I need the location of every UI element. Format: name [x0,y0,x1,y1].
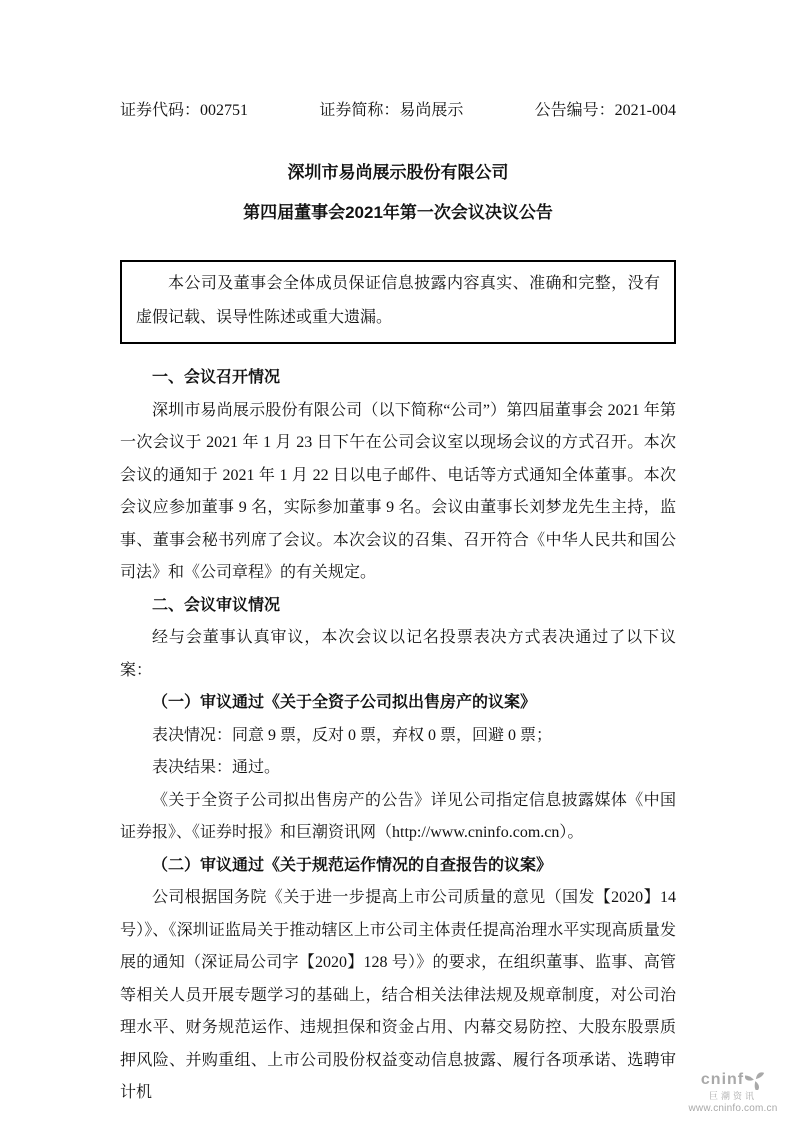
paragraph-vote-count: 表决情况：同意 9 票，反对 0 票，弃权 0 票，回避 0 票； [120,720,676,753]
cninfo-logo-row: cninf [678,1070,788,1090]
resolution-heading-2: （二）审议通过《关于规范运作情况的自查报告的议案》 [120,850,676,883]
paragraph-review-intro: 经与会董事认真审议，本次会议以记名投票表决方式表决通过了以下议案： [120,622,676,687]
announcement-no-label: 公告编号：2021-004 [535,100,676,122]
page-content: 证券代码：002751 证券简称：易尚展示 公告编号：2021-004 深圳市易… [120,0,676,1110]
paragraph-disclosure-media: 《关于全资子公司拟出售房产的公告》详见公司指定信息披露媒体《中国证券报》、《证券… [120,785,676,850]
document-body: 一、会议召开情况 深圳市易尚展示股份有限公司（以下简称“公司”）第四届董事会 2… [120,362,676,1110]
company-title: 深圳市易尚展示股份有限公司 [120,162,676,184]
cninfo-swirl-icon [745,1070,765,1090]
stock-abbr-label: 证券简称：易尚展示 [319,100,463,122]
document-header: 证券代码：002751 证券简称：易尚展示 公告编号：2021-004 [120,100,676,122]
paragraph-meeting-details: 深圳市易尚展示股份有限公司（以下简称“公司”）第四届董事会 2021 年第一次会… [120,395,676,590]
announcement-page: 证券代码：002751 证券简称：易尚展示 公告编号：2021-004 深圳市易… [0,0,794,1123]
section-heading-1: 一、会议召开情况 [120,362,676,395]
cninfo-url: www.cninfo.com.cn [678,1103,788,1115]
resolution-heading-1: （一）审议通过《关于全资子公司拟出售房产的议案》 [120,687,676,720]
stock-code-label: 证券代码：002751 [120,100,248,122]
cninfo-watermark: cninf 巨潮资讯 www.cninfo.com.cn [678,1070,788,1115]
section-heading-2: 二、会议审议情况 [120,590,676,623]
paragraph-self-inspection: 公司根据国务院《关于进一步提高上市公司质量的意见（国发【2020】14 号）》、… [120,882,676,1110]
paragraph-vote-result: 表决结果：通过。 [120,752,676,785]
announcement-title: 第四届董事会2021年第一次会议决议公告 [120,202,676,224]
cninfo-chinese-name: 巨潮资讯 [678,1091,788,1101]
cninfo-logo-text: cninf [701,1071,744,1089]
disclaimer-box: 本公司及董事会全体成员保证信息披露内容真实、准确和完整，没有虚假记载、误导性陈述… [120,260,676,344]
